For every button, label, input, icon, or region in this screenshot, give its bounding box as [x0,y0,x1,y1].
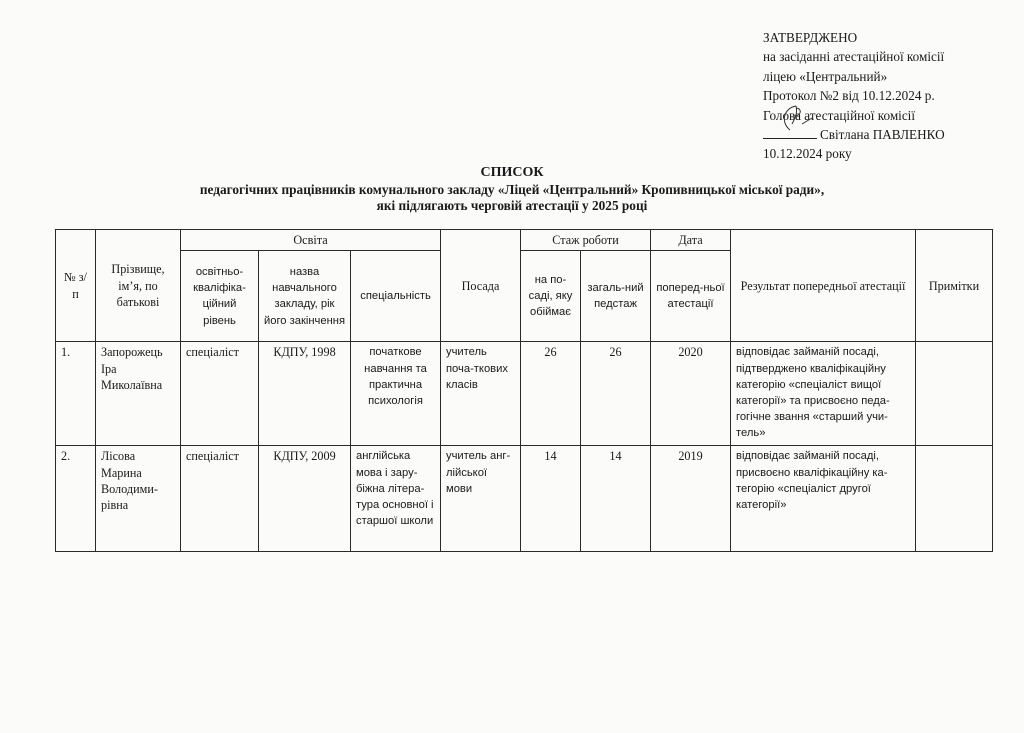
signature-icon [778,104,818,134]
cell-result: відповідає займаній посаді, підтверджено… [731,342,916,446]
cell-date-prev: 2019 [651,446,731,552]
header-name: Прізвище, ім’я, по батькові [96,230,181,342]
signer-name: Світлана ПАВЛЕНКО [820,127,945,142]
table-row: 1. Запорожець Іра Миколаївна спеціаліст … [56,342,993,446]
cell-edu-level: спеціаліст [181,446,259,552]
cell-name: Лісова Марина Володими-рівна [96,446,181,552]
cell-exp-total: 14 [581,446,651,552]
cell-exp-position: 14 [521,446,581,552]
cell-position: учитель поча-ткових класів [441,342,521,446]
cell-name: Запорожець Іра Миколаївна [96,342,181,446]
table-row: 2. Лісова Марина Володими-рівна спеціалі… [56,446,993,552]
header-education: Освіта [181,230,441,251]
approval-heading: ЗАТВЕРДЖЕНО [763,28,1013,47]
title-line-1: педагогічних працівників комунального за… [0,182,1024,199]
header-edu-institution: назва навчального закладу, рік його закі… [259,251,351,342]
cell-exp-total: 26 [581,342,651,446]
header-number: № з/п [56,230,96,342]
header-exp-total: загаль-ний педстаж [581,251,651,342]
header-date-prev: поперед-ньої атестації [651,251,731,342]
cell-number: 2. [56,446,96,552]
header-edu-level: освітньо-кваліфіка-ційний рівень [181,251,259,342]
header-edu-specialty: спеціальність [351,251,441,342]
cell-position: учитель анг-лійської мови [441,446,521,552]
header-exp-position: на по-саді, яку обіймає [521,251,581,342]
document-title: СПИСОК педагогічних працівників комуналь… [0,165,1024,215]
cell-date-prev: 2020 [651,342,731,446]
cell-edu-specialty: англійська мова і зару-біжна літера-тура… [351,446,441,552]
cell-edu-institution: КДПУ, 2009 [259,446,351,552]
approval-line: на засіданні атестаційної комісії [763,47,1013,66]
approval-line: ліцею «Центральний» [763,67,1013,86]
approval-protocol: Протокол №2 від 10.12.2024 р. [763,86,1013,105]
cell-edu-specialty: початкове навчання та практична психолог… [351,342,441,446]
cell-result: відповідає займаній посаді, присвоєно кв… [731,446,916,552]
title-line-2: які підлягають черговій атестації у 2025… [0,198,1024,215]
header-notes: Примітки [916,230,993,342]
approval-date: 10.12.2024 року [763,144,1013,163]
header-result: Результат попередньої атестації [731,230,916,342]
header-position: Посада [441,230,521,342]
cell-notes [916,446,993,552]
approval-stamp: ЗАТВЕРДЖЕНО на засіданні атестаційної ко… [763,28,1013,164]
header-experience: Стаж роботи [521,230,651,251]
title-main: СПИСОК [0,165,1024,182]
attestation-table: № з/п Прізвище, ім’я, по батькові Освіта… [55,229,993,552]
cell-edu-institution: КДПУ, 1998 [259,342,351,446]
cell-edu-level: спеціаліст [181,342,259,446]
cell-exp-position: 26 [521,342,581,446]
cell-notes [916,342,993,446]
header-date: Дата [651,230,731,251]
cell-number: 1. [56,342,96,446]
